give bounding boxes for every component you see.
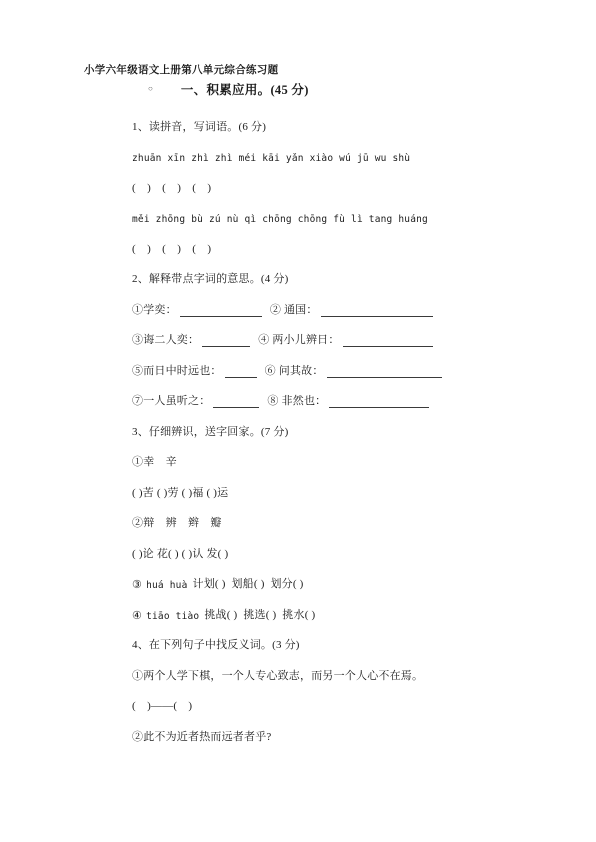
- q3-group3-fill: 计划( ) 划船( ) 划分( ): [193, 575, 304, 591]
- q2-item-7-label: ⑦一人虽听之：: [132, 392, 210, 408]
- q3-group4-pinyin: tiāo tiào: [146, 611, 199, 622]
- q1-answer-brackets-1: ( ) ( ) ( ): [132, 164, 572, 195]
- q1-pinyin-line-1: zhuān xīn zhì zhì méi kāi yǎn xiào wú jū…: [132, 134, 572, 165]
- q2-row-2: ③诲二人奕：④ 两小儿辨日：: [132, 317, 572, 348]
- answer-blank: [329, 395, 429, 408]
- circle-bullet-icon: ○: [148, 85, 153, 93]
- q3-group2-chars: ②辩 辨 辫 瓣: [132, 500, 572, 531]
- q2-row-4: ⑦一人虽听之：⑧ 非然也：: [132, 378, 572, 409]
- worksheet-body: 1、读拼音，写词语。(6 分) zhuān xīn zhì zhì méi kā…: [132, 103, 572, 744]
- q3-group1-chars: ①幸 辛: [132, 439, 572, 470]
- answer-blank: [321, 304, 433, 317]
- q3-group4-number: ④: [132, 609, 142, 622]
- q2-prompt: 2、解释带点字词的意思。(4 分): [132, 256, 572, 287]
- q1-prompt: 1、读拼音，写词语。(6 分): [132, 103, 572, 134]
- q2-row-3: ⑤而日中时远也：⑥ 问其故：: [132, 347, 572, 378]
- q4-sentence-2: ②此不为近者热而远者者乎?: [132, 713, 572, 744]
- q2-item-2-label: ② 通国：: [270, 301, 318, 317]
- page-title: 小学六年级语文上册第八单元综合练习题: [84, 62, 278, 77]
- q3-group4-fill: 挑战( ) 挑选( ) 挑水( ): [204, 606, 315, 622]
- q3-group3-row: ③huá huà计划( ) 划船( ) 划分( ): [132, 561, 572, 592]
- q2-item-6-label: ⑥ 问其故：: [265, 362, 324, 378]
- q2-item-1-label: ①学奕：: [132, 301, 177, 317]
- q1-pinyin-line-2: měi zhōng bù zú nù qì chōng chōng fù lì …: [132, 195, 572, 226]
- answer-blank: [343, 334, 433, 347]
- q4-sentence-1: ①两个人学下棋，一个人专心致志，而另一个人心不在焉。: [132, 652, 572, 683]
- q3-group3-number: ③: [132, 578, 142, 591]
- answer-blank: [213, 395, 259, 408]
- q2-row-1: ①学奕：② 通国：: [132, 286, 572, 317]
- worksheet-page: 小学六年级语文上册第八单元综合练习题 ○ 一、积累应用。(45 分) 1、读拼音…: [0, 0, 596, 842]
- q2-item-3-label: ③诲二人奕：: [132, 331, 199, 347]
- q3-group4-row: ④tiāo tiào挑战( ) 挑选( ) 挑水( ): [132, 591, 572, 622]
- q3-group1-fill: ( )苦 ( )劳 ( )福 ( )运: [132, 469, 572, 500]
- q3-group2-fill: ( )论 花( ) ( )认 发( ): [132, 530, 572, 561]
- section-heading-row: ○ 一、积累应用。(45 分): [148, 80, 309, 98]
- q4-answer-brackets: ( )——( ): [132, 683, 572, 714]
- q2-item-4-label: ④ 两小儿辨日：: [258, 331, 339, 347]
- answer-blank: [225, 365, 257, 378]
- answer-blank: [327, 365, 442, 378]
- q2-item-5-label: ⑤而日中时远也：: [132, 362, 222, 378]
- q2-item-8-label: ⑧ 非然也：: [267, 392, 326, 408]
- q4-prompt: 4、在下列句子中找反义词。(3 分): [132, 622, 572, 653]
- section-heading: 一、积累应用。(45 分): [181, 80, 309, 98]
- q3-group3-pinyin: huá huà: [146, 580, 187, 591]
- q1-answer-brackets-2: ( ) ( ) ( ): [132, 225, 572, 256]
- q3-prompt: 3、仔细辨识，送字回家。(7 分): [132, 408, 572, 439]
- answer-blank: [202, 334, 250, 347]
- answer-blank: [180, 304, 262, 317]
